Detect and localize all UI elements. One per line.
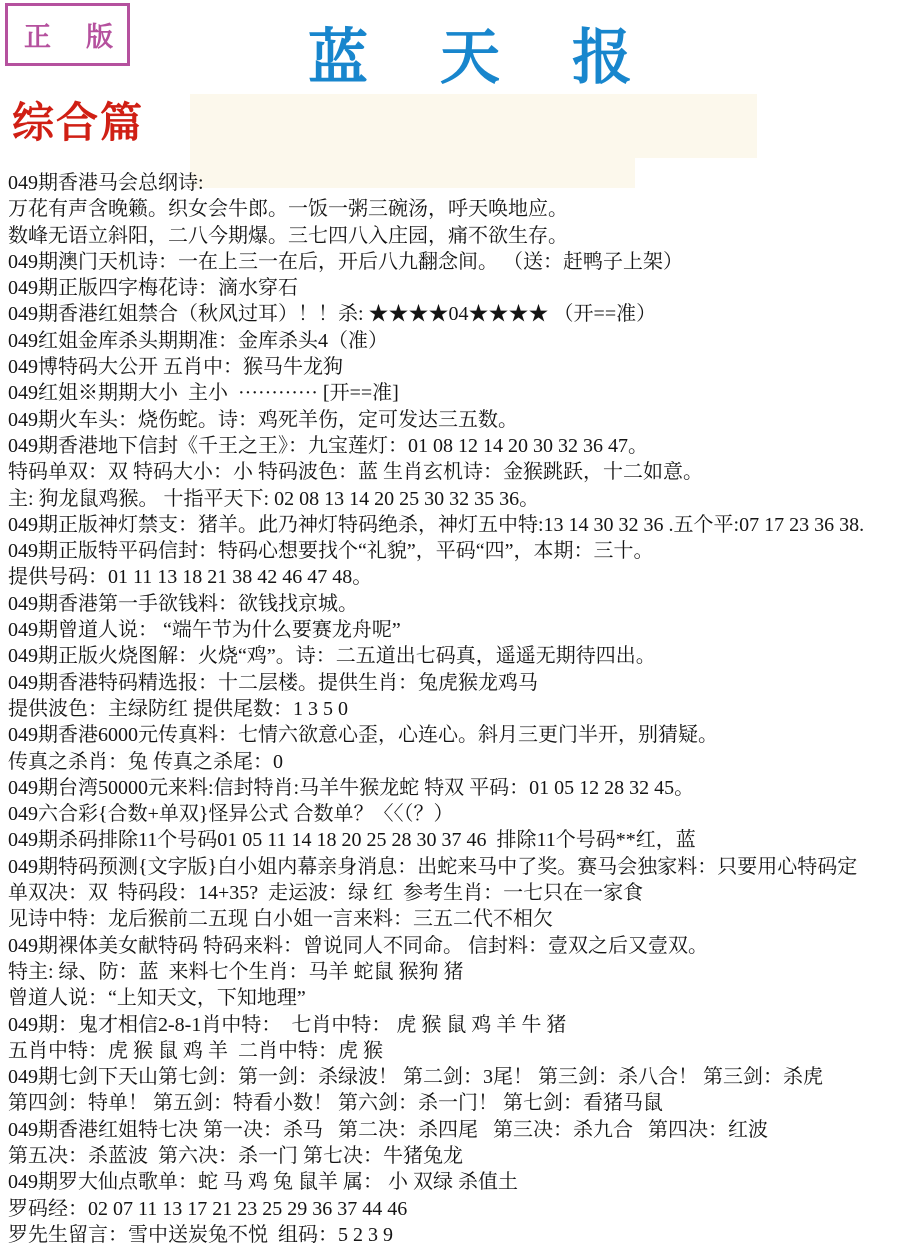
report-line: 曾道人说：“上知天文，下知地理” — [8, 985, 900, 1011]
report-line: 第四剑：特单！ 第五剑：特看小数！ 第六剑：杀一门！ 第七剑：看猪马鼠 — [8, 1090, 900, 1116]
report-line: 049期香港地下信封《千王之王》：九宝莲灯：01 08 12 14 20 30 … — [8, 433, 900, 459]
report-line: 049期杀码排除11个号码01 05 11 14 18 20 25 28 30 … — [8, 827, 900, 853]
report-line: 049期正版火烧图解：火烧“鸡”。诗：二五道出七码真，遥遥无期待四出。 — [8, 643, 900, 669]
report-line: 049红姐※期期大小 主小 ············ [开==准] — [8, 380, 900, 406]
report-line: 049期香港6000元传真料：七情六欲意心歪，心连心。斜月三更门半开，别猜疑。 — [8, 722, 900, 748]
report-line: 049期正版特平码信封：特码心想要找个“礼貌”，平码“四”，本期：三十。 — [8, 538, 900, 564]
report-line: 049期正版四字梅花诗：滴水穿石 — [8, 275, 900, 301]
report-line: 罗码经：02 07 11 13 17 21 23 25 29 36 37 44 … — [8, 1196, 900, 1222]
report-line: 049六合彩{合数+单双}怪异公式 合数单？〈〈（？） — [8, 801, 900, 827]
report-line: 049期罗大仙点歌单：蛇 马 鸡 兔 鼠羊 属： 小 双绿 杀值土 — [8, 1169, 900, 1195]
report-line: 单双决：双 特码段：14+35? 走运波：绿 红 参考生肖：一七只在一家食 — [8, 880, 900, 906]
report-line: 049期香港特码精选报：十二层楼。提供生肖：兔虎猴龙鸡马 — [8, 670, 900, 696]
newspaper-page: 正 版 蓝天报 综合篇 049期香港马会总纲诗: 万花有声含晚籁。织女会牛郎。一… — [0, 0, 900, 1243]
report-line: 五肖中特：虎 猴 鼠 鸡 羊 二肖中特：虎 猴 — [8, 1038, 900, 1064]
report-line: 049期七剑下天山第七剑：第一剑：杀绿波！ 第二剑：3尾！ 第三剑：杀八合！ 第… — [8, 1064, 900, 1090]
report-line: 049期火车头：烧伤蛇。诗：鸡死羊伤，定可发达三五数。 — [8, 407, 900, 433]
cream-highlight-block — [190, 94, 757, 158]
report-line: 049期澳门天机诗：一在上三一在后，开后八九翻念间。 （送：赶鸭子上架） — [8, 249, 900, 275]
report-line: 特主: 绿、防：蓝 来料七个生肖：马羊 蛇鼠 猴狗 猪 — [8, 959, 900, 985]
report-line: 主: 狗龙鼠鸡猴。 十指平天下: 02 08 13 14 20 25 30 32… — [8, 486, 900, 512]
report-line: 特码单双：双 特码大小：小 特码波色：蓝 生肖玄机诗：金猴跳跃，十二如意。 — [8, 459, 900, 485]
report-line: 049期香港红姐禁合（秋风过耳）！！杀: ★★★★04★★★★ （开==准） — [8, 301, 900, 327]
report-line: 第五决：杀蓝波 第六决：杀一门 第七决：牛猪兔龙 — [8, 1143, 900, 1169]
report-line: 提供号码：01 11 13 18 21 38 42 46 47 48。 — [8, 564, 900, 590]
report-line: 049期特码预测{文字版}白小姐内幕亲身消息：出蛇来马中了奖。赛马会独家料：只要… — [8, 854, 900, 880]
report-line: 049期：鬼才相信2-8-1肖中特： 七肖中特： 虎 猴 鼠 鸡 羊 牛 猪 — [8, 1012, 900, 1038]
report-line: 049期台湾50000元来料:信封特肖:马羊牛猴龙蛇 特双 平码：01 05 1… — [8, 775, 900, 801]
section-title: 综合篇 — [12, 90, 144, 150]
report-line: 见诗中特：龙后猴前二五现 白小姐一言来料：三五二代不相欠 — [8, 906, 900, 932]
report-line: 数峰无语立斜阳，二八今期爆。三七四八入庄园，痛不欲生存。 — [8, 223, 900, 249]
report-line: 049博特码大公开 五肖中：猴马牛龙狗 — [8, 354, 900, 380]
content-lines: 049期香港马会总纲诗: 万花有声含晚籁。织女会牛郎。一饭一粥三碗汤，呼天唤地应… — [8, 170, 900, 1243]
report-line: 万花有声含晚籁。织女会牛郎。一饭一粥三碗汤，呼天唤地应。 — [8, 196, 900, 222]
report-line: 049期香港马会总纲诗: — [8, 170, 900, 196]
report-line: 049期裸体美女献特码 特码来料：曾说同人不同命。 信封料：壹双之后又壹双。 — [8, 933, 900, 959]
authenticity-badge: 正 版 — [5, 3, 130, 66]
newspaper-title: 蓝天报 — [308, 10, 704, 96]
report-line: 提供波色：主绿防红 提供尾数：1 3 5 0 — [8, 696, 900, 722]
report-line: 049期正版神灯禁支：猪羊。此乃神灯特码绝杀，神灯五中特:13 14 30 32… — [8, 512, 900, 538]
report-line: 049红姐金库杀头期期准：金库杀头4（准） — [8, 328, 900, 354]
report-line: 049期曾道人说： “端午节为什么要赛龙舟呢” — [8, 617, 900, 643]
report-line: 049期香港红姐特七决 第一决：杀马 第二决：杀四尾 第三决：杀九合 第四决：红… — [8, 1117, 900, 1143]
report-line: 049期香港第一手欲钱料：欲钱找京城。 — [8, 591, 900, 617]
report-line: 罗先生留言：雪中送炭兔不悦 组码：5 2 3 9 — [8, 1222, 900, 1243]
report-line: 传真之杀肖：兔 传真之杀尾：0 — [8, 749, 900, 775]
